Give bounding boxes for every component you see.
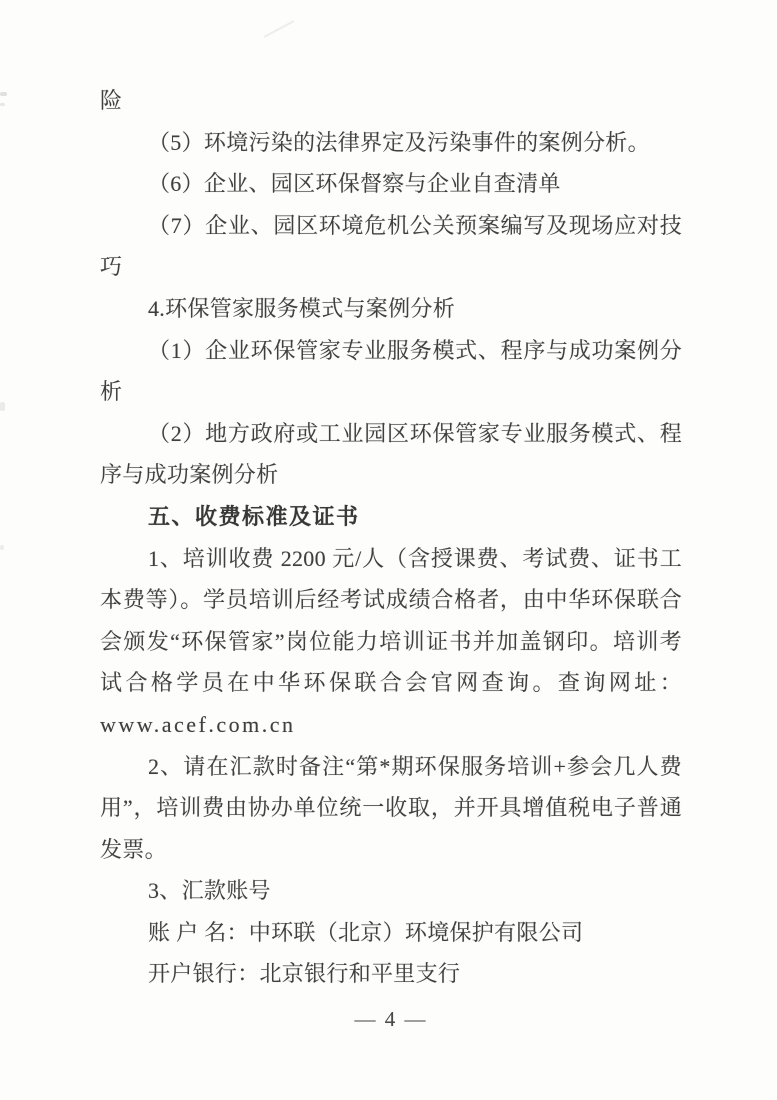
- doc-line-account-name: 账 户 名：中环联（北京）环境保护有限公司: [100, 912, 682, 954]
- doc-line-subsection-4: 4.环保管家服务模式与案例分析: [100, 288, 682, 330]
- doc-line-carryover: 析: [100, 371, 682, 413]
- scan-artifact: [264, 20, 295, 38]
- doc-line-carryover: 险: [100, 80, 682, 122]
- doc-line-carryover: 会颁发“环保管家”岗位能力培训证书并加盖钢印。培训考: [100, 621, 682, 663]
- doc-line-carryover: 用”，培训费由协办单位统一收取，并开具增值税电子普通: [100, 787, 682, 829]
- doc-line-carryover: 试合格学员在中华环保联合会官网查询。查询网址：: [100, 662, 682, 704]
- scan-artifact: [0, 545, 4, 550]
- doc-line-website-url: www.acef.com.cn: [100, 704, 682, 746]
- scanned-document-page: 险 （5）环境污染的法律界定及污染事件的案例分析。 （6）企业、园区环保督察与企…: [0, 0, 777, 1100]
- doc-line-carryover: 序与成功案例分析: [100, 454, 682, 496]
- doc-line-carryover: 本费等）。学员培训后经考试成绩合格者，由中华环保联合: [100, 579, 682, 621]
- doc-line-carryover: 巧: [100, 246, 682, 288]
- doc-line-remit-account: 3、汇款账号: [100, 870, 682, 912]
- scan-artifact: [0, 402, 5, 411]
- scan-artifact: [0, 92, 7, 96]
- scan-artifact: [0, 103, 5, 106]
- doc-line-item-6: （6）企业、园区环保督察与企业自查清单: [100, 163, 682, 205]
- doc-line-carryover: 发票。: [100, 829, 682, 871]
- doc-line-item-1: （1）企业环保管家专业服务模式、程序与成功案例分: [100, 330, 682, 372]
- page-number: — 4 —: [100, 1006, 682, 1032]
- section-heading-fees: 五、收费标准及证书: [100, 496, 682, 538]
- document-text-block: 险 （5）环境污染的法律界定及污染事件的案例分析。 （6）企业、园区环保督察与企…: [100, 80, 682, 995]
- doc-line-item-5: （5）环境污染的法律界定及污染事件的案例分析。: [100, 122, 682, 164]
- doc-line-bank-branch: 开户银行：北京银行和平里支行: [100, 953, 682, 995]
- doc-line-remit-note: 2、请在汇款时备注“第*期环保服务培训+参会几人费: [100, 746, 682, 788]
- doc-line-item-7: （7）企业、园区环境危机公关预案编写及现场应对技: [100, 205, 682, 247]
- doc-line-item-2: （2）地方政府或工业园区环保管家专业服务模式、程: [100, 413, 682, 455]
- doc-line-fee-1: 1、培训收费 2200 元/人（含授课费、考试费、证书工: [100, 538, 682, 580]
